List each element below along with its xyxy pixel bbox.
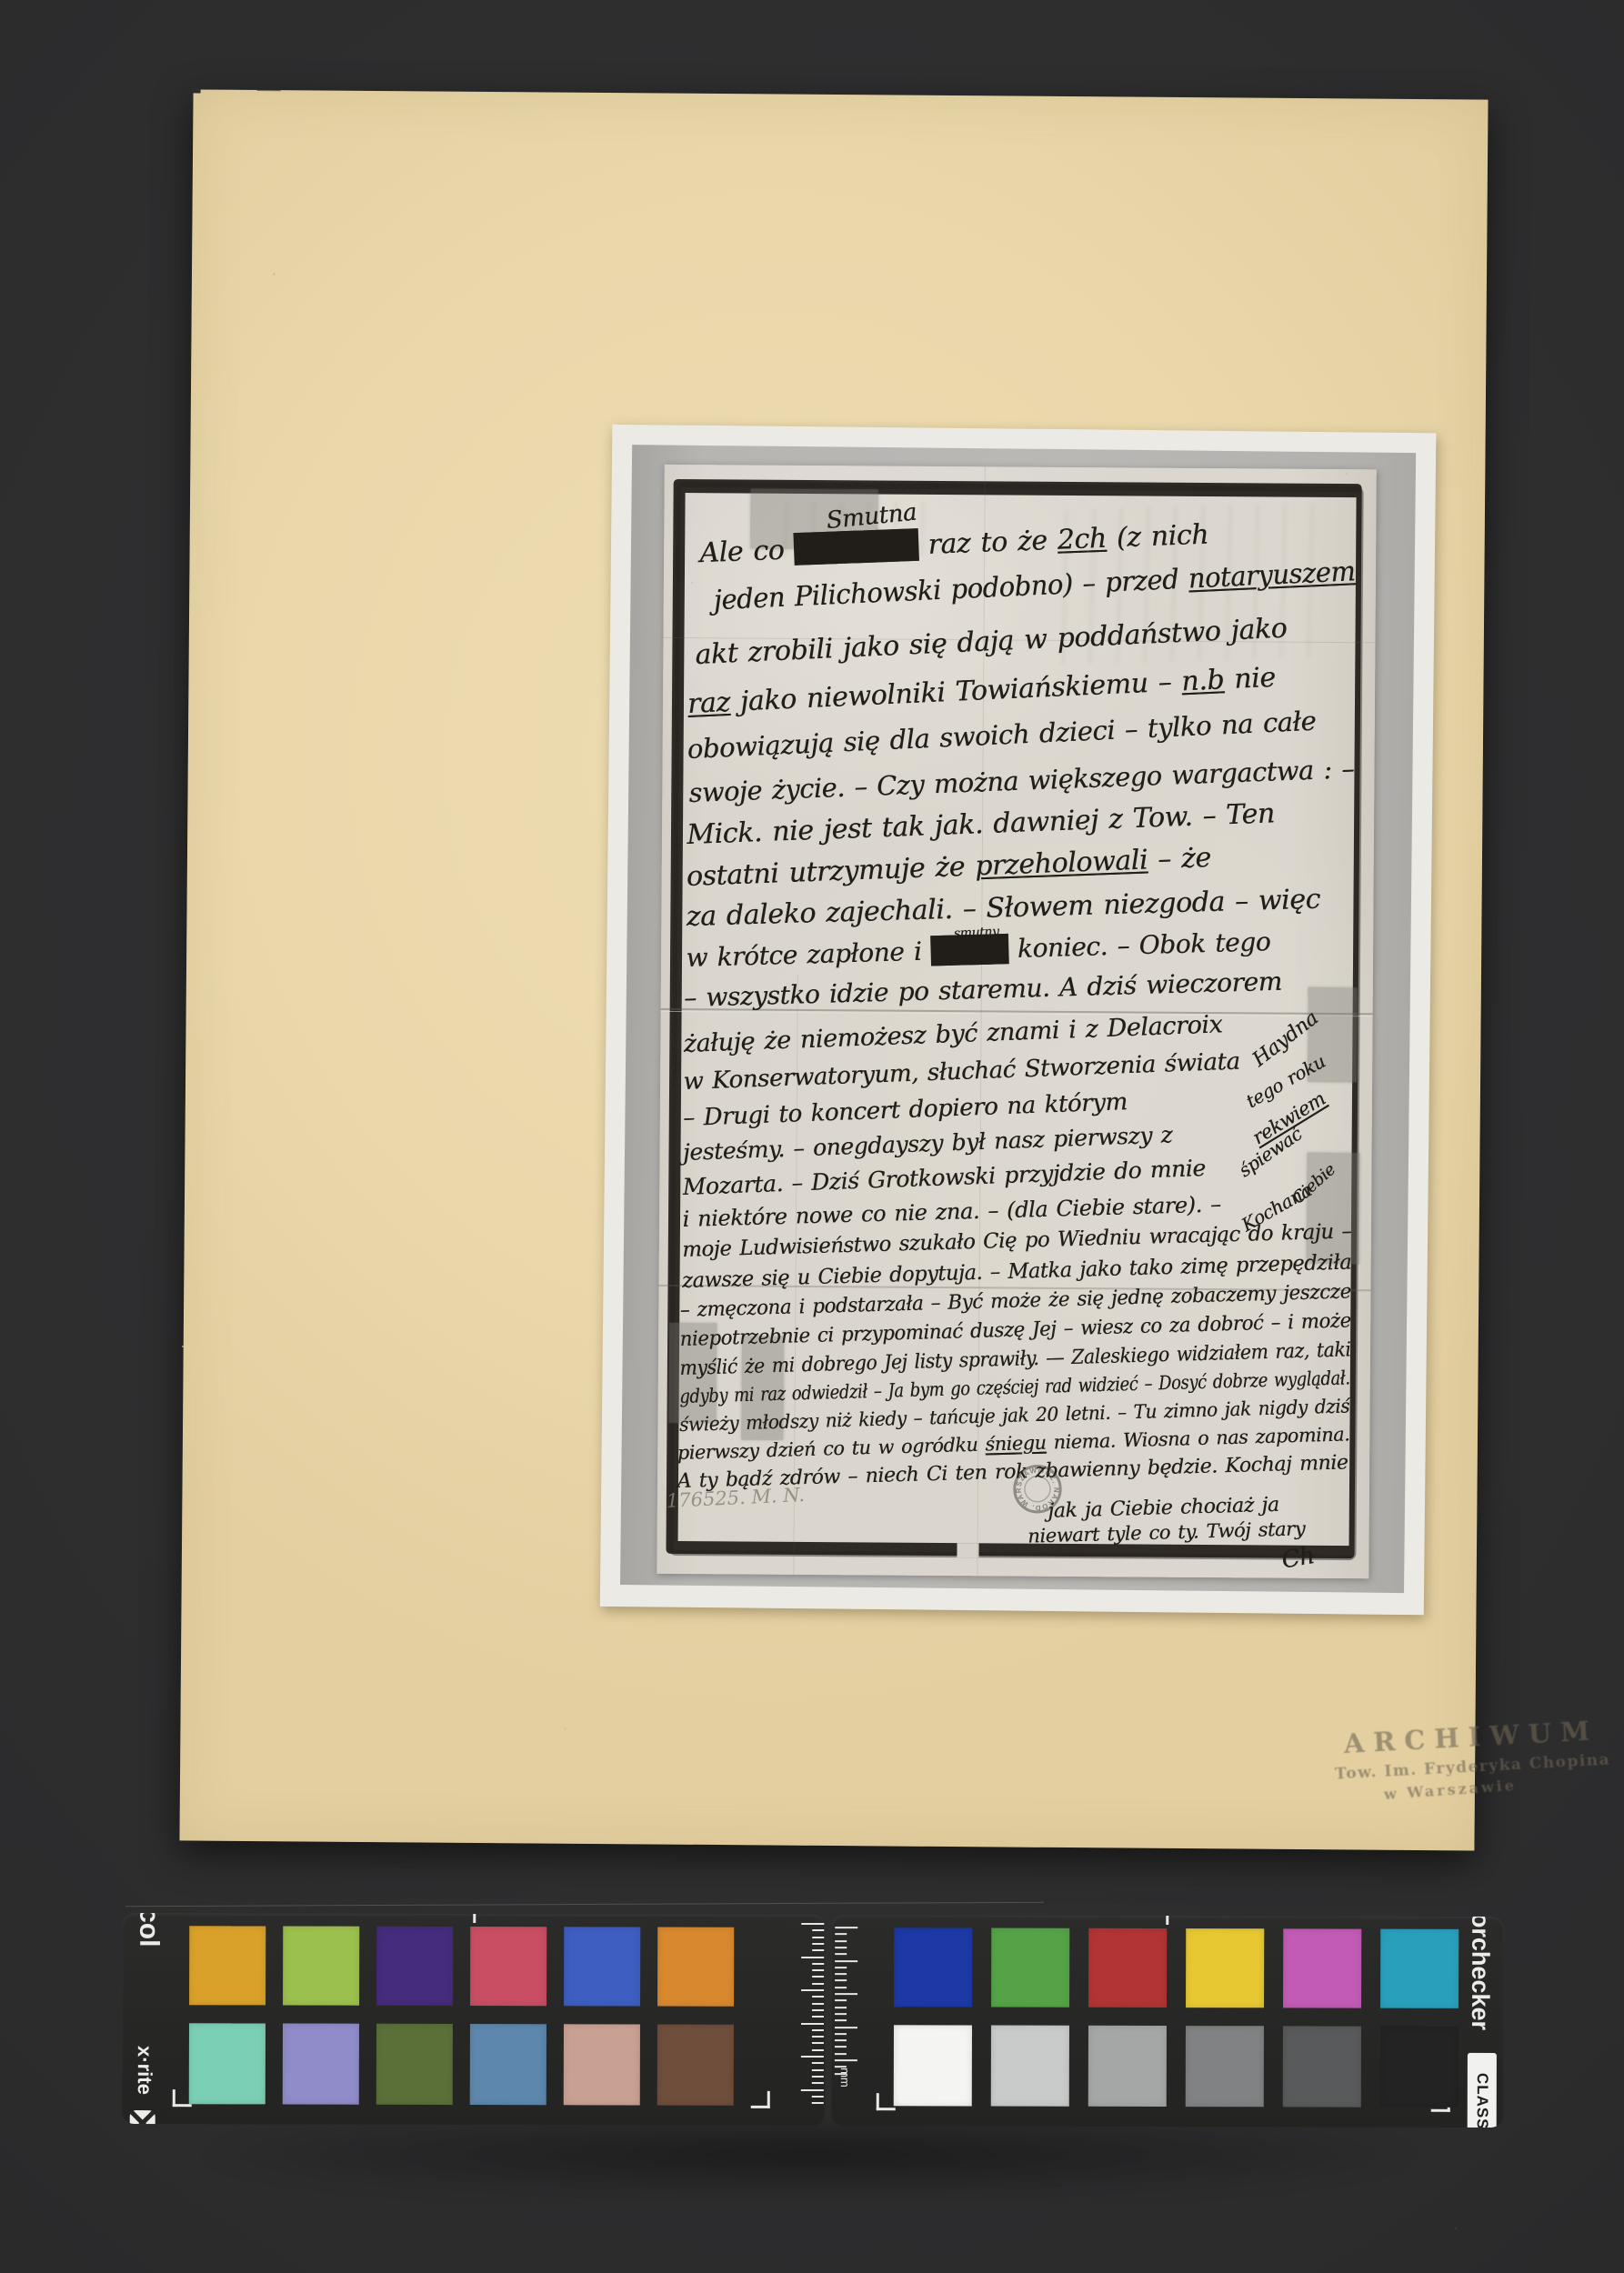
ruler-tick [812,2049,824,2051]
ruler-tick [835,2046,847,2048]
photo-gray-field: Ale co ██████ raz to że 2ch (z nichjeden… [620,445,1416,1593]
patch-bluish-green [189,2023,266,2104]
patch-white [894,2025,972,2106]
manuscript-text: Ale co ██████ raz to że 2ch (z nichjeden… [665,465,1377,469]
ruler-tick [835,2007,847,2008]
dust-speck [182,1346,184,1347]
photograph-print: Ale co ██████ raz to że 2ch (z nichjeden… [600,425,1437,1615]
ruler-tick [812,1976,824,1978]
ruler-tick [812,1929,824,1931]
ruler-tick [835,2019,847,2021]
ruler-tick [835,2066,847,2068]
ruler-tick [812,1937,824,1938]
registration-tick [473,1914,476,1923]
patch-purplish-blue [564,1927,640,2006]
ruler-tick [801,1989,824,1991]
patch-cyan [1380,1929,1459,2008]
ink-bleedthrough [665,465,1377,469]
dust-speck [564,1727,566,1730]
ruler-tick [812,1969,824,1971]
scratch-line [125,1902,1044,1907]
patch-yellow-green [283,1926,359,2005]
archival-scan-background: Ale co ██████ raz to że 2ch (z nichjeden… [0,0,1624,2273]
corner-bracket-icon [877,2093,896,2110]
corner-bracket-icon [751,2091,770,2108]
patch-light-skin [564,2024,640,2105]
ruler-tick [812,1983,824,1985]
museum-round-stamp-icon: MUZ. NAROD. WARSZAWA · [1012,1464,1063,1515]
ruler-tick [835,1999,847,2001]
ruler-tick [801,2088,824,2090]
manuscript-insertion: smutny [953,925,998,941]
colorchecker-right-panel: orchecker CLASSIC mm [831,1915,1505,2128]
patch-moderate-red [470,1927,546,2006]
ruler-tick [812,1943,824,1945]
ruler-tick [835,1987,847,1988]
patch-blue-sky [470,2024,546,2105]
patch-yellow [1186,1928,1264,2008]
ruler-tick [835,2053,847,2055]
ruler-tick [835,2033,847,2035]
ruler-tick [835,1973,847,1975]
letter-page: Ale co ██████ raz to że 2ch (z nichjeden… [657,465,1376,1578]
ruler-tick [812,2016,824,2018]
dust-speck [691,582,693,584]
ruler-tick [835,1979,847,1981]
patch-neutral-6-5 [1088,2026,1167,2107]
patch-magenta [1283,1928,1361,2008]
patch-blue [894,1928,972,2007]
brand-text-right: orchecker [1466,1915,1494,2030]
xrite-x-icon [129,2109,156,2126]
ruler-tick [835,2027,857,2028]
ruler-tick [835,2073,847,2075]
ruler-tick [812,2069,824,2071]
patch-orange [657,1928,734,2007]
ruler-tick [812,1949,824,1951]
dust-speck [1455,2228,1457,2229]
patch-blue-flower [283,2023,359,2104]
fold-creases [665,465,1377,469]
colorchecker-left-panel: col x·rite [122,1913,827,2126]
patch-neutral-3-5 [1283,2026,1361,2107]
ruler-tick [801,1956,824,1958]
patch-red [1088,1928,1167,2008]
ruler-tick [835,1967,847,1968]
classic-label: CLASSIC [1473,2073,1491,2128]
patch-neutral-5 [1186,2026,1264,2107]
ruler-tick [812,2009,824,2011]
archive-stamp: ARCHIWUM Tow. Im. Fryderyka Chopina w Wa… [1320,1714,1624,1805]
dust-speck [273,273,276,275]
patch-foliage [376,2024,453,2105]
patch-neutral-8 [991,2026,1069,2107]
mm-label: mm [838,2068,852,2088]
ruler-tick [835,2059,857,2061]
ruler-tick [835,1940,847,1942]
manuscript-insertion: Ch [1279,1542,1316,1575]
xrite-label: x·rite [133,2046,156,2095]
frame-fold-break [957,1543,978,1557]
ruler-tick [801,1923,824,1925]
ruler-tick [812,2042,824,2044]
mat-board: Ale co ██████ raz to że 2ch (z nichjeden… [179,89,1488,1850]
mat-edge-chip [192,87,201,93]
dust-speck [1346,473,1348,475]
tape-repairs [665,465,1377,469]
ruler-tick [835,1933,847,1935]
ruler-tick [812,1996,824,1998]
ruler-tick [812,2062,824,2064]
brand-text-left: col [133,1913,164,1947]
colorchecker-shadow [127,2124,1491,2226]
ruler-tick [835,1947,847,1948]
ruler-tick [835,1993,857,1995]
registration-tick [1166,1916,1168,1925]
ruler-tick [812,2003,824,2005]
classic-label-box: CLASSIC [1468,2053,1497,2128]
mat-edge-chip [257,87,281,91]
ruler-tick [801,2022,824,2024]
patch-orange-yellow [189,1926,266,2005]
ruler-tick [835,1953,847,1955]
ruler-tick [835,2039,847,2041]
ruler-tick [835,2013,847,2015]
colorchecker-card: col x·rite orchecker CLASSIC mm [122,1913,1505,2128]
patch-green [991,1928,1069,2008]
ruler-tick [812,2082,824,2084]
ruler-tick [812,2076,824,2078]
ruler-tick [801,2056,824,2058]
ruler-tick [812,2036,824,2038]
ruler-tick [835,1960,857,1962]
ruler-tick [812,2096,824,2098]
ruler-tick [812,2029,824,2031]
ruler-tick [835,1927,857,1928]
patch-black [1380,2027,1459,2108]
patch-purple [376,1927,453,2006]
ruler-tick [812,2102,824,2104]
ruler-tick [812,1963,824,1965]
patch-dark-skin [657,2025,734,2106]
